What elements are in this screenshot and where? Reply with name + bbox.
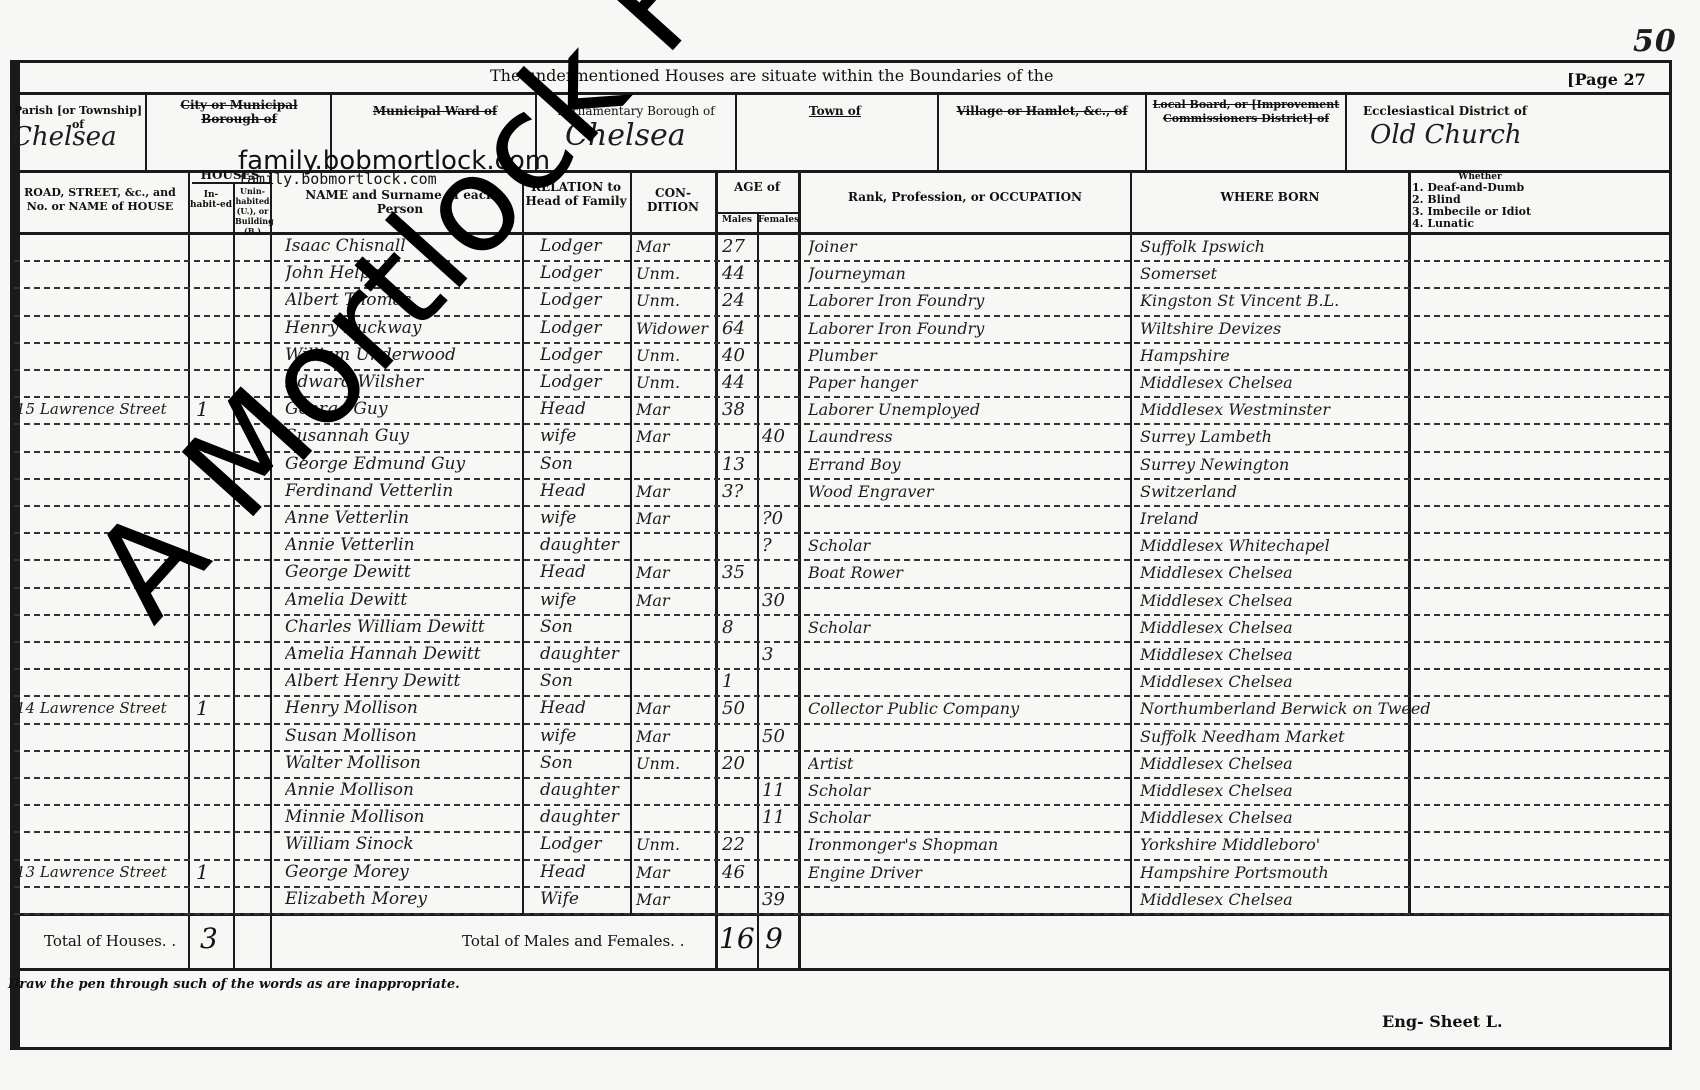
cell-occupation: Engine Driver bbox=[808, 859, 1128, 886]
table-row: Elizabeth MoreyWifeMar39Middlesex Chelse… bbox=[0, 886, 1700, 913]
cell-name: Amelia Dewitt bbox=[285, 587, 521, 614]
cell-name: William Sinock bbox=[285, 831, 521, 858]
cell-occupation: Scholar bbox=[808, 614, 1128, 641]
table-row: Annie Mollisondaughter11ScholarMiddlesex… bbox=[0, 777, 1700, 804]
total-persons-label: Total of Males and Females. . bbox=[462, 932, 684, 950]
cell-name: Susan Mollison bbox=[285, 723, 521, 750]
cell-relation: Head bbox=[540, 478, 630, 505]
district-divider bbox=[735, 92, 737, 170]
district-label-city: City or Municipal Borough of bbox=[150, 98, 328, 126]
table-row: 13 Lawrence Street1George MoreyHeadMar46… bbox=[0, 859, 1700, 886]
cell-where-born: Middlesex Chelsea bbox=[1140, 587, 1440, 614]
cell-relation: Lodger bbox=[540, 315, 630, 342]
cell-condition: Mar bbox=[636, 423, 714, 450]
cell-relation: Lodger bbox=[540, 233, 630, 260]
cell-male-age: 3? bbox=[722, 478, 756, 505]
col-header-males: Males bbox=[717, 215, 757, 225]
cell-relation: Wife bbox=[540, 886, 630, 913]
cell-relation: Lodger bbox=[540, 260, 630, 287]
cell-name: Albert Henry Dewitt bbox=[285, 668, 521, 695]
cell-female-age: 11 bbox=[762, 804, 796, 831]
cell-female-age: 30 bbox=[762, 587, 796, 614]
cell-occupation: Paper hanger bbox=[808, 369, 1128, 396]
cell-occupation: Plumber bbox=[808, 342, 1128, 369]
cell-male-age: 64 bbox=[722, 315, 756, 342]
cell-where-born: Northumberland Berwick on Tweed bbox=[1140, 695, 1440, 722]
district-label-village: Village or Hamlet, &c., of bbox=[942, 104, 1142, 118]
cell-occupation: Joiner bbox=[808, 233, 1128, 260]
cell-condition: Mar bbox=[636, 859, 714, 886]
district-value-ecclesiastical: Old Church bbox=[1370, 120, 1522, 150]
cell-male-age: 24 bbox=[722, 287, 756, 314]
district-value-parish: Chelsea bbox=[12, 122, 117, 152]
cell-relation: daughter bbox=[540, 641, 630, 668]
cell-male-age: 40 bbox=[722, 342, 756, 369]
cell-male-age: 44 bbox=[722, 260, 756, 287]
cell-relation: Lodger bbox=[540, 369, 630, 396]
cell-relation: wife bbox=[540, 423, 630, 450]
cell-relation: Head bbox=[540, 859, 630, 886]
cell-relation: Lodger bbox=[540, 342, 630, 369]
cell-name: Walter Mollison bbox=[285, 750, 521, 777]
col-header-where-born: WHERE BORN bbox=[1132, 190, 1408, 204]
cell-occupation: Errand Boy bbox=[808, 451, 1128, 478]
district-divider bbox=[145, 92, 147, 170]
cell-where-born: Wiltshire Devizes bbox=[1140, 315, 1440, 342]
cell-condition: Mar bbox=[636, 505, 714, 532]
table-row: Albert ThomasLodgerUnm.24Laborer Iron Fo… bbox=[0, 287, 1700, 314]
cell-relation: Son bbox=[540, 750, 630, 777]
cell-inhabited: 1 bbox=[196, 695, 230, 722]
cell-where-born: Hampshire bbox=[1140, 342, 1440, 369]
cell-condition: Mar bbox=[636, 396, 714, 423]
cell-relation: Son bbox=[540, 451, 630, 478]
cell-where-born: Middlesex Chelsea bbox=[1140, 804, 1440, 831]
cell-where-born: Hampshire Portsmouth bbox=[1140, 859, 1440, 886]
cell-name: Charles William Dewitt bbox=[285, 614, 521, 641]
total-males-value: 16 bbox=[719, 922, 755, 955]
cell-where-born: Middlesex Chelsea bbox=[1140, 886, 1440, 913]
col-header-females: Females bbox=[758, 215, 798, 225]
cell-relation: Head bbox=[540, 396, 630, 423]
cell-relation: Head bbox=[540, 695, 630, 722]
cell-relation: daughter bbox=[540, 777, 630, 804]
cell-relation: daughter bbox=[540, 804, 630, 831]
col-header-condition: CON-DITION bbox=[632, 186, 714, 214]
cell-name: George Morey bbox=[285, 859, 521, 886]
cell-male-age: 38 bbox=[722, 396, 756, 423]
cell-relation: Lodger bbox=[540, 287, 630, 314]
cell-condition: Widower bbox=[636, 315, 714, 342]
district-label-ecclesiastical: Ecclesiastical District of bbox=[1350, 104, 1540, 118]
cell-male-age: 22 bbox=[722, 831, 756, 858]
cell-name: Annie Vetterlin bbox=[285, 532, 521, 559]
cell-male-age: 13 bbox=[722, 451, 756, 478]
cell-address: 14 Lawrence Street bbox=[16, 695, 186, 722]
cell-where-born: Suffolk Ipswich bbox=[1140, 233, 1440, 260]
table-row: 14 Lawrence Street1Henry MollisonHeadMar… bbox=[0, 695, 1700, 722]
table-row: Albert Henry DewittSon1Middlesex Chelsea bbox=[0, 668, 1700, 695]
page-label: [Page 27 bbox=[1567, 70, 1646, 89]
table-row: Amelia DewittwifeMar30Middlesex Chelsea bbox=[0, 587, 1700, 614]
cell-occupation: Laborer Unemployed bbox=[808, 396, 1128, 423]
total-houses-value: 3 bbox=[200, 922, 218, 955]
cell-occupation: Boat Rower bbox=[808, 559, 1128, 586]
col-header-road: ROAD, STREET, &c., and No. or NAME of HO… bbox=[14, 186, 186, 214]
table-row: Amelia Hannah Dewittdaughter3Middlesex C… bbox=[0, 641, 1700, 668]
cell-condition: Unm. bbox=[636, 369, 714, 396]
sheet-label: Eng- Sheet L. bbox=[1382, 1012, 1503, 1031]
cell-male-age: 44 bbox=[722, 369, 756, 396]
cell-where-born: Middlesex Chelsea bbox=[1140, 750, 1440, 777]
cell-where-born: Middlesex Chelsea bbox=[1140, 777, 1440, 804]
cell-female-age: 39 bbox=[762, 886, 796, 913]
cell-name: Henry Mollison bbox=[285, 695, 521, 722]
cell-female-age: 50 bbox=[762, 723, 796, 750]
cell-occupation: Laundress bbox=[808, 423, 1128, 450]
cell-where-born: Middlesex Westminster bbox=[1140, 396, 1440, 423]
cell-female-age: 3 bbox=[762, 641, 796, 668]
cell-where-born: Yorkshire Middleboro' bbox=[1140, 831, 1440, 858]
cell-male-age: 46 bbox=[722, 859, 756, 886]
cell-female-age: 11 bbox=[762, 777, 796, 804]
cell-occupation: Scholar bbox=[808, 777, 1128, 804]
district-divider bbox=[937, 92, 939, 170]
cell-condition: Mar bbox=[636, 559, 714, 586]
cell-where-born: Surrey Lambeth bbox=[1140, 423, 1440, 450]
table-row: William SinockLodgerUnm.22Ironmonger's S… bbox=[0, 831, 1700, 858]
footer-note: Draw the pen through such of the words a… bbox=[8, 977, 460, 992]
cell-condition: Unm. bbox=[636, 260, 714, 287]
cell-condition: Mar bbox=[636, 587, 714, 614]
cell-name: Anne Vetterlin bbox=[285, 505, 521, 532]
col-header-uninhabited: Unin-habited (U.), or Building (B.) bbox=[235, 186, 270, 236]
col-header-occupation: Rank, Profession, or OCCUPATION bbox=[800, 190, 1130, 204]
cell-condition: Mar bbox=[636, 695, 714, 722]
cell-relation: wife bbox=[540, 505, 630, 532]
district-label-local-board: Local Board, or [Improvement Commissione… bbox=[1150, 98, 1342, 126]
col-header-age: AGE of bbox=[717, 180, 797, 194]
cell-relation: Son bbox=[540, 614, 630, 641]
district-label-town: Town of bbox=[740, 104, 930, 118]
cell-where-born: Middlesex Chelsea bbox=[1140, 614, 1440, 641]
table-row: Charles William DewittSon8ScholarMiddles… bbox=[0, 614, 1700, 641]
cell-occupation: Laborer Iron Foundry bbox=[808, 315, 1128, 342]
row-rule bbox=[14, 913, 1670, 915]
folio-number: 50 bbox=[1633, 24, 1677, 59]
cell-where-born: Middlesex Chelsea bbox=[1140, 668, 1440, 695]
cell-inhabited: 1 bbox=[196, 859, 230, 886]
total-females-value: 9 bbox=[765, 922, 783, 955]
cell-condition: Mar bbox=[636, 723, 714, 750]
cell-relation: Head bbox=[540, 559, 630, 586]
infirmity-option: 4. Lunatic bbox=[1412, 218, 1531, 230]
cell-occupation: Scholar bbox=[808, 804, 1128, 831]
table-row: John HelpsLodgerUnm.44JourneymanSomerset bbox=[0, 260, 1700, 287]
rule-totals-bottom bbox=[14, 968, 1670, 971]
total-houses-label: Total of Houses. . bbox=[44, 932, 176, 950]
cell-female-age: 40 bbox=[762, 423, 796, 450]
cell-where-born: Kingston St Vincent B.L. bbox=[1140, 287, 1440, 314]
cell-condition: Unm. bbox=[636, 750, 714, 777]
cell-condition: Mar bbox=[636, 233, 714, 260]
cell-where-born: Switzerland bbox=[1140, 478, 1440, 505]
cell-occupation: Artist bbox=[808, 750, 1128, 777]
cell-where-born: Middlesex Chelsea bbox=[1140, 559, 1440, 586]
table-row: Isaac ChisnallLodgerMar27JoinerSuffolk I… bbox=[0, 233, 1700, 260]
table-row: Susan MollisonwifeMar50Suffolk Needham M… bbox=[0, 723, 1700, 750]
rule-title-bottom bbox=[14, 92, 1670, 95]
table-row: Walter MollisonSonUnm.20ArtistMiddlesex … bbox=[0, 750, 1700, 777]
col-header-inhabited: In-habit-ed bbox=[190, 190, 232, 210]
cell-relation: daughter bbox=[540, 532, 630, 559]
cell-occupation: Laborer Iron Foundry bbox=[808, 287, 1128, 314]
cell-where-born: Surrey Newington bbox=[1140, 451, 1440, 478]
table-row: George DewittHeadMar35Boat RowerMiddlese… bbox=[0, 559, 1700, 586]
cell-occupation: Scholar bbox=[808, 532, 1128, 559]
cell-occupation: Journeyman bbox=[808, 260, 1128, 287]
cell-name: Elizabeth Morey bbox=[285, 886, 521, 913]
cell-male-age: 50 bbox=[722, 695, 756, 722]
cell-condition: Mar bbox=[636, 478, 714, 505]
cell-male-age: 35 bbox=[722, 559, 756, 586]
cell-name: Annie Mollison bbox=[285, 777, 521, 804]
cell-address: 15 Lawrence Street bbox=[16, 396, 186, 423]
cell-where-born: Suffolk Needham Market bbox=[1140, 723, 1440, 750]
cell-relation: Son bbox=[540, 668, 630, 695]
cell-name: Minnie Mollison bbox=[285, 804, 521, 831]
cell-name: Amelia Hannah Dewitt bbox=[285, 641, 521, 668]
cell-condition: Unm. bbox=[636, 287, 714, 314]
district-divider bbox=[1345, 92, 1347, 170]
cell-condition: Unm. bbox=[636, 342, 714, 369]
cell-address: 13 Lawrence Street bbox=[16, 859, 186, 886]
cell-condition: Unm. bbox=[636, 831, 714, 858]
cell-male-age: 20 bbox=[722, 750, 756, 777]
cell-name: George Dewitt bbox=[285, 559, 521, 586]
cell-relation: wife bbox=[540, 723, 630, 750]
cell-occupation: Collector Public Company bbox=[808, 695, 1128, 722]
cell-where-born: Middlesex Chelsea bbox=[1140, 641, 1440, 668]
cell-female-age: ? bbox=[762, 532, 796, 559]
cell-male-age: 1 bbox=[722, 668, 756, 695]
cell-condition: Mar bbox=[636, 886, 714, 913]
cell-occupation: Wood Engraver bbox=[808, 478, 1128, 505]
cell-relation: wife bbox=[540, 587, 630, 614]
table-row: Minnie Mollisondaughter11ScholarMiddlese… bbox=[0, 804, 1700, 831]
cell-occupation: Ironmonger's Shopman bbox=[808, 831, 1128, 858]
cell-where-born: Middlesex Chelsea bbox=[1140, 369, 1440, 396]
cell-where-born: Middlesex Whitechapel bbox=[1140, 532, 1440, 559]
cell-where-born: Somerset bbox=[1140, 260, 1440, 287]
district-divider bbox=[1145, 92, 1147, 170]
cell-female-age: ?0 bbox=[762, 505, 796, 532]
cell-relation: Lodger bbox=[540, 831, 630, 858]
col-header-infirmity-list: 1. Deaf-and-Dumb 2. Blind 3. Imbecile or… bbox=[1412, 182, 1531, 230]
cell-male-age: 8 bbox=[722, 614, 756, 641]
cell-where-born: Ireland bbox=[1140, 505, 1440, 532]
cell-male-age: 27 bbox=[722, 233, 756, 260]
